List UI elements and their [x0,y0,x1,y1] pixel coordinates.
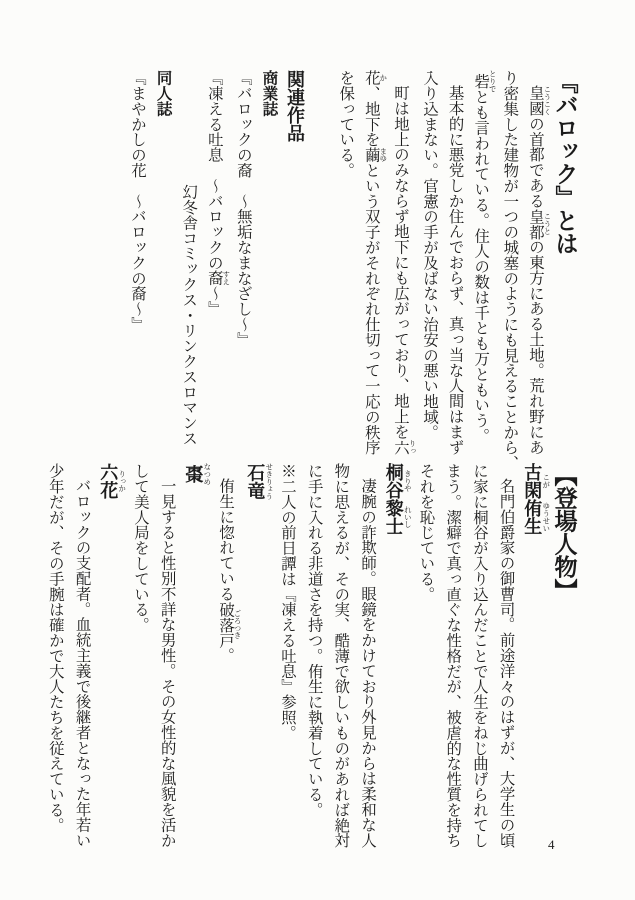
text-line: 少年だが、その手腕は確かで大人たちを従えている。 [41,463,68,848]
text-line: 凄腕の詐欺師。眼鏡をかけており外見からは柔和な人 [353,463,380,848]
character-name-koga-yusei: 古閑こが侑生ゆうせい [519,463,551,848]
text-line: して美人局をしている。 [126,463,153,848]
text-line: 『凍える吐息 ～バロックの裔すえ～』 [201,70,230,470]
text-line: 『バロックの裔 ～無垢なまなざし～』 [230,70,256,470]
text-line: 侑生に惚れている破落戸ごろつき。 [211,463,241,848]
text-line: 町は地上のみならず地下にも広がっており、地上を六りっ [387,70,416,470]
commercial-label: 商業誌 [256,70,282,470]
text-line: り密集した建物が一つの城塞のようにも見えることから、 [497,70,523,470]
prequel-note: ※二人の前日譚は『凍える吐息』参照。 [273,463,300,848]
publisher-line: 幻冬舎コミックス・リンクスロマンス [176,70,202,470]
text-line: 皇國こうこくの首都である皇都こうとの東方にある土地。荒れ野にあ [522,70,551,470]
text-line: 『まやかしの花 ～バロックの裔～』 [124,70,150,470]
character-name-kiriya-reishi: 桐谷きりや黎士れいし [380,463,412,848]
character-name-sekiryo: 石竜せきりょう [242,463,274,848]
text-line: 花か、地下を繭まゆという双子がそれぞれ仕切って一応の秩序 [358,70,387,470]
about-section: 『バロック』とは 皇國こうこくの首都である皇都こうとの東方にある土地。荒れ野にあ… [124,70,577,470]
text-line: に家に桐谷が入り込んだことで人生をねじ曲げられてし [465,463,492,848]
about-heading: 『バロック』とは [551,70,577,470]
related-works-heading: 関連作品 [281,70,307,470]
text-line: 砦とりでとも言われている。住人の数は千とも万ともいう。 [468,70,497,470]
character-name-natsume: 棗なつめ [180,463,212,848]
doujin-label: 同人誌 [150,70,176,470]
character-name-rikka: 六花りっか [95,463,127,848]
text-line: 名門伯爵家の御曹司。前途洋々のはずが、大学生の頃 [492,463,519,848]
text-line: それを恥じている。 [412,463,439,848]
text-line: 物に思えるが、その実、酷薄で欲しいものがあれば絶対 [327,463,354,848]
text-line: 一見すると性別不詳な男性。その女性的な風貌を活か [153,463,180,848]
text-line: まう。潔癖で真っ直ぐな性格だが、被虐的な性質を持ち [438,463,465,848]
document-page: 『バロック』とは 皇國こうこくの首都である皇都こうとの東方にある土地。荒れ野にあ… [0,0,635,900]
page-number: 4 [548,837,555,853]
text-line: を保っている。 [333,70,359,470]
characters-section: 【登場人物】 古閑こが侑生ゆうせい 名門伯爵家の御曹司。前途洋々のはずが、大学生… [41,463,577,848]
text-line: に手に入れる非道さを持つ。侑生に執着している。 [300,463,327,848]
text-line: バロックの支配者。血統主義で後継者となった年若い [68,463,95,848]
characters-heading: 【登場人物】 [550,463,577,848]
text-line: 入り込まない。官憲の手が及ばない治安の悪い地域。 [416,70,442,470]
text-line: 基本的に悪党しか住んでおらず、真っ当な人間はまず [442,70,468,470]
